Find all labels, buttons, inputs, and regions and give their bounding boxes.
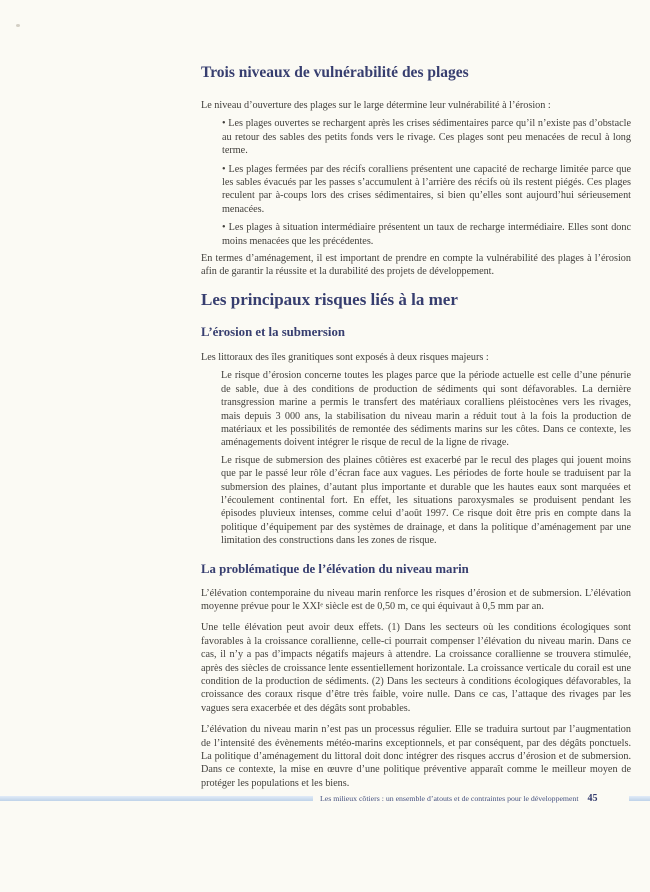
- footer-page-number: 45: [588, 793, 598, 804]
- erosion-lead-paragraph: Les littoraux des îles granitiques sont …: [201, 351, 631, 364]
- bullet-item-plages-fermees: • Les plages fermées par des récifs cora…: [222, 163, 631, 217]
- intro-paragraph: Le niveau d’ouverture des plages sur le …: [201, 99, 631, 112]
- footer-rule-right: [629, 796, 650, 801]
- scan-artifact: [16, 24, 20, 27]
- erosion-risk-paragraph: Le risque d’érosion concerne toutes les …: [221, 369, 631, 449]
- page-footer: Les milieux côtiers : un ensemble d’atou…: [0, 792, 650, 805]
- bullet-item-plages-ouvertes: • Les plages ouvertes se rechargent aprè…: [222, 117, 631, 157]
- submersion-risk-paragraph: Le risque de submersion des plaines côti…: [221, 454, 631, 548]
- elevation-paragraph-1: L’élévation contemporaine du niveau mari…: [201, 587, 631, 614]
- elevation-paragraph-3: L’élévation du niveau marin n’est pas un…: [201, 723, 631, 790]
- section-title-risques-mer: Les principaux risques liés à la mer: [201, 290, 631, 310]
- subsection-title-elevation-niveau-marin: La problématique de l’élévation du nivea…: [201, 562, 631, 577]
- amenagement-paragraph: En termes d’aménagement, il est importan…: [201, 252, 631, 279]
- bullet-item-plages-intermediaires: • Les plages à situation intermédiaire p…: [222, 221, 631, 248]
- section-title-vulnerabilite: Trois niveaux de vulnérabilité des plage…: [201, 63, 631, 82]
- footer-rule-left: [0, 796, 313, 801]
- footer-running-title: Les milieux côtiers : un ensemble d’atou…: [320, 794, 579, 803]
- elevation-paragraph-2: Une telle élévation peut avoir deux effe…: [201, 621, 631, 715]
- subsection-title-erosion-submersion: L’érosion et la submersion: [201, 325, 631, 340]
- vulnerability-bullet-list: • Les plages ouvertes se rechargent aprè…: [201, 117, 631, 248]
- document-page: Trois niveaux de vulnérabilité des plage…: [0, 0, 650, 892]
- page-content: Trois niveaux de vulnérabilité des plage…: [201, 63, 631, 790]
